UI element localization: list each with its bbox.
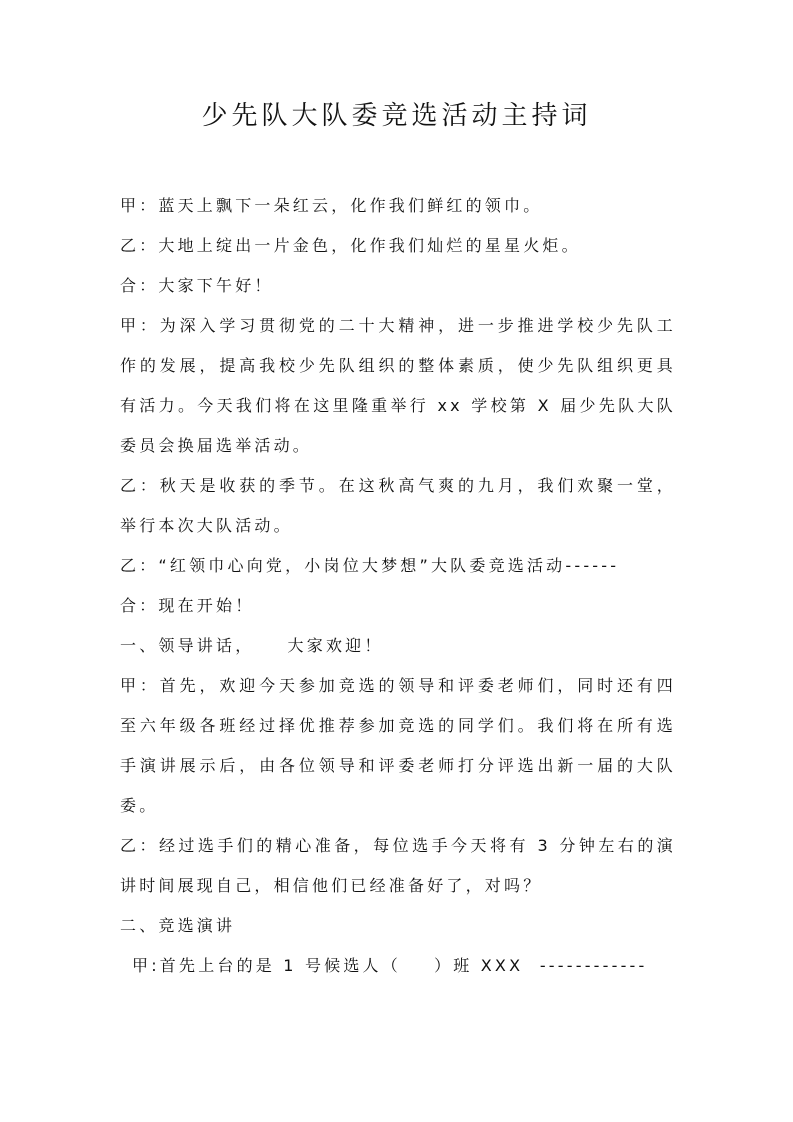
paragraph-yi-preparation: 乙：经过选手们的精心准备，每位选手今天将有 3 分钟左右的演讲时间展现自己，相信…: [120, 826, 676, 906]
paragraph-yi-theme: 乙：“红领巾心向党，小岗位大梦想”大队委竞选活动------: [120, 546, 676, 586]
paragraph-jia-first-candidate: 甲:首先上台的是 1 号候选人（ ）班 XXX ------------: [120, 946, 676, 986]
paragraph-jia-purpose: 甲：为深入学习贯彻党的二十大精神，进一步推进学校少先队工作的发展，提高我校少先队…: [120, 306, 676, 466]
section-heading-campaign-speech: 二、竞选演讲: [120, 906, 676, 946]
paragraph-together-greeting: 合：大家下午好！: [120, 266, 676, 306]
document-body: 甲：蓝天上飘下一朵红云，化作我们鲜红的领巾。 乙：大地上绽出一片金色，化作我们灿…: [120, 186, 676, 986]
paragraph-jia-welcome: 甲：首先，欢迎今天参加竞选的领导和评委老师们，同时还有四至六年级各班经过择优推荐…: [120, 666, 676, 826]
paragraph-together-start: 合：现在开始！: [120, 586, 676, 626]
section-heading-leader-speech: 一、领导讲话， 大家欢迎！: [120, 626, 676, 666]
paragraph-yi-season: 乙：秋天是收获的季节。在这秋高气爽的九月，我们欢聚一堂，举行本次大队活动。: [120, 466, 676, 546]
paragraph-jia-opening: 甲：蓝天上飘下一朵红云，化作我们鲜红的领巾。: [120, 186, 676, 226]
document-title: 少先队大队委竞选活动主持词: [0, 98, 793, 134]
paragraph-yi-opening: 乙：大地上绽出一片金色，化作我们灿烂的星星火炬。: [120, 226, 676, 266]
document-page: 少先队大队委竞选活动主持词 甲：蓝天上飘下一朵红云，化作我们鲜红的领巾。 乙：大…: [0, 0, 793, 1122]
